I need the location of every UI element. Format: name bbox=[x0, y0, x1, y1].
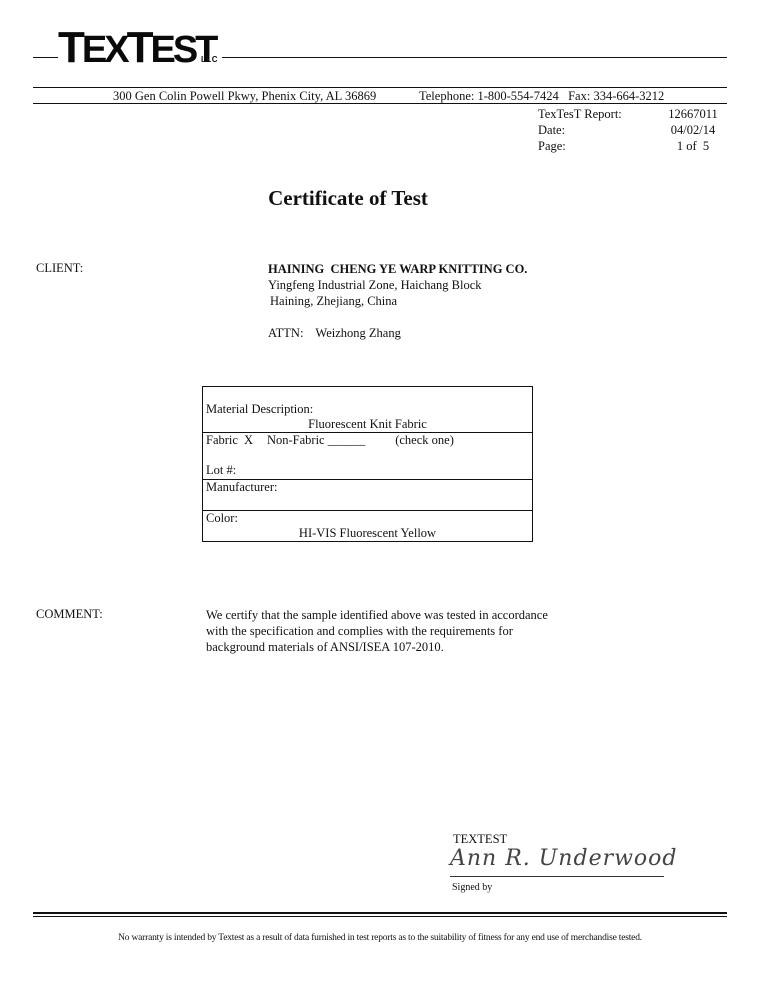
report-info: TexTesT Report: 12667011 Date: 04/02/14 … bbox=[538, 106, 728, 154]
company-phone-fax: Telephone: 1-800-554-7424 Fax: 334-664-3… bbox=[419, 89, 664, 103]
signature-line bbox=[450, 876, 664, 877]
fabric-check-line: FabricXNon-Fabric ______(check one) bbox=[206, 433, 529, 448]
material-table: Material Description: Fluorescent Knit F… bbox=[202, 386, 533, 542]
logo-letter: T bbox=[127, 23, 151, 72]
material-description-value: Fluorescent Knit Fabric bbox=[206, 417, 529, 432]
logo-suffix: LLC bbox=[201, 55, 218, 65]
client-address-line1: Yingfeng Industrial Zone, Haichang Block bbox=[268, 277, 527, 293]
lot-number-label: Lot #: bbox=[206, 463, 529, 478]
material-description-label: Material Description: bbox=[206, 402, 529, 417]
company-address: 300 Gen Colin Powell Pkwy, Phenix City, … bbox=[113, 89, 376, 103]
report-page-row: Page: 1 of 5 bbox=[538, 138, 728, 154]
color-label: Color: bbox=[206, 511, 529, 526]
header-rule-top bbox=[33, 87, 727, 88]
report-date-value: 04/02/14 bbox=[658, 122, 728, 138]
material-description-row: Material Description: Fluorescent Knit F… bbox=[203, 387, 532, 432]
logo-rule-right bbox=[222, 57, 727, 58]
comment-text: We certify that the sample identified ab… bbox=[206, 607, 566, 655]
report-number-row: TexTesT Report: 12667011 bbox=[538, 106, 728, 122]
fabric-lot-row: FabricXNon-Fabric ______(check one) Lot … bbox=[203, 432, 532, 479]
logo-rule-left bbox=[33, 57, 58, 58]
footer-rule-thin bbox=[33, 916, 727, 917]
client-name: HAINING CHENG YE WARP KNITTING CO. bbox=[268, 261, 527, 277]
logo-letter: T bbox=[58, 23, 82, 72]
footer-rule-thick bbox=[33, 912, 727, 914]
check-one-hint: (check one) bbox=[395, 433, 454, 448]
non-fabric-label: Non-Fabric ______ bbox=[267, 433, 365, 448]
report-number-value: 12667011 bbox=[658, 106, 728, 122]
report-date-row: Date: 04/02/14 bbox=[538, 122, 728, 138]
manufacturer-row: Manufacturer: bbox=[203, 479, 532, 510]
fabric-mark: X bbox=[244, 433, 253, 448]
fabric-label: Fabric bbox=[206, 433, 238, 448]
client-details: HAINING CHENG YE WARP KNITTING CO. Yingf… bbox=[268, 261, 527, 341]
attn-label: ATTN: bbox=[268, 326, 303, 340]
report-page-value: 1 of 5 bbox=[658, 138, 728, 154]
client-label: CLIENT: bbox=[36, 261, 83, 276]
color-row: Color: HI-VIS Fluorescent Yellow bbox=[203, 510, 532, 541]
client-address-line2: Haining, Zhejiang, China bbox=[270, 293, 527, 309]
comment-label: COMMENT: bbox=[36, 607, 103, 622]
attn-name: Weizhong Zhang bbox=[315, 326, 400, 340]
company-logo: TEXTEST bbox=[58, 28, 215, 70]
page-title: Certificate of Test bbox=[0, 186, 696, 211]
manufacturer-label: Manufacturer: bbox=[206, 480, 529, 495]
logo-letters: EX bbox=[82, 29, 127, 71]
header-rule-bottom bbox=[33, 103, 727, 104]
client-attn: ATTN:Weizhong Zhang bbox=[268, 325, 527, 341]
color-value: HI-VIS Fluorescent Yellow bbox=[206, 526, 529, 541]
report-number-label: TexTesT Report: bbox=[538, 106, 658, 122]
report-page-label: Page: bbox=[538, 138, 658, 154]
warranty-disclaimer: No warranty is intended by Textest as a … bbox=[0, 933, 760, 943]
handwritten-signature: Ann R. Underwood bbox=[450, 845, 678, 873]
report-date-label: Date: bbox=[538, 122, 658, 138]
signed-by-caption: Signed by bbox=[452, 882, 492, 893]
